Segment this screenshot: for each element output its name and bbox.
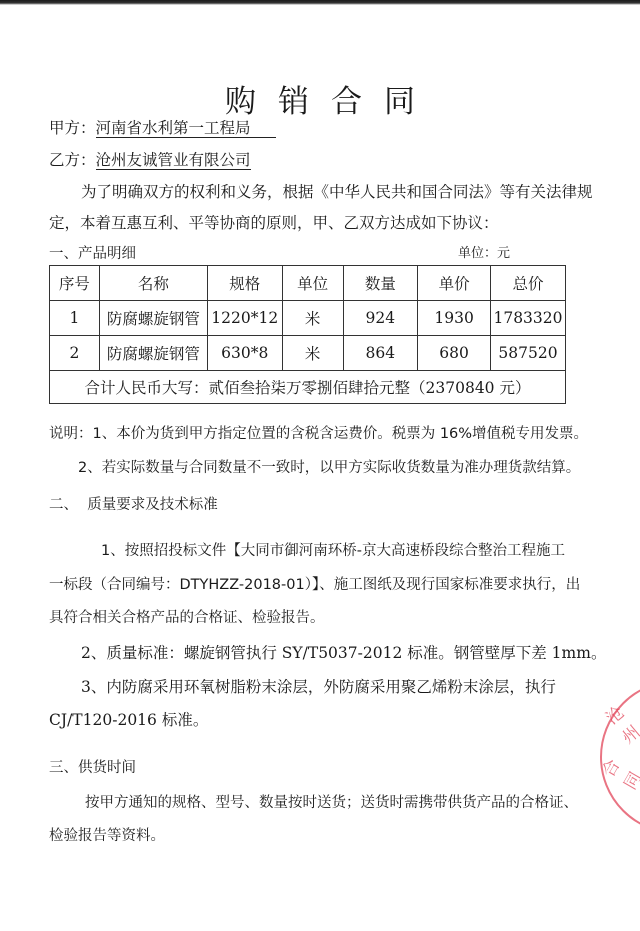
cell-spec: 1220*12 [207,301,282,336]
note-2: 2、若实际数量与合同数量不一致时，以甲方实际收货数量为准办理货款结算。 [78,458,580,478]
cell-unit: 米 [282,301,343,336]
section-2-item-3-line-2: CJ/T120-2016 标准。 [49,710,208,730]
total-amount: 合计人民币大写：贰佰叁拾柒万零捌佰肆拾元整（2370840 元） [50,371,566,404]
cell-quantity: 864 [343,336,418,371]
header-quantity: 数量 [343,266,418,301]
unit-note: 单位：元 [458,244,510,264]
cell-spec: 630*8 [207,336,282,371]
section-2-item-2: 2、质量标准：螺旋钢管执行 SY/T5037-2012 标准。钢管壁厚下差 1m… [81,643,606,663]
intro-line-2: 定，本着互惠互利、平等协商的原则，甲、乙双方达成如下协议： [49,213,499,233]
header-unit: 单位 [282,266,343,301]
party-a: 甲方：河南省水利第一工程局 [49,118,276,138]
cell-index: 2 [50,336,100,371]
product-table: 序号 名称 规格 单位 数量 单价 总价 1 防腐螺旋钢管 1220*12 米 … [49,265,566,404]
section-3-line-2: 检验报告等资料。 [49,826,165,846]
section-3-line-1: 按甲方通知的规格、型号、数量按时送货；送货时需携带供货产品的合格证、 [85,793,578,813]
header-spec: 规格 [207,266,282,301]
document-title: 购销合同 [0,76,640,121]
cell-total-price: 1783320 [490,301,565,336]
cell-total-price: 587520 [490,336,565,371]
table-row: 2 防腐螺旋钢管 630*8 米 864 680 587520 [50,336,566,371]
party-b: 乙方：沧州友诚管业有限公司 [49,150,251,170]
cell-name: 防腐螺旋钢管 [99,301,207,336]
party-a-name: 河南省水利第一工程局 [96,119,276,138]
intro-line-1: 为了明确双方的权利和义务，根据《中华人民共和国合同法》等有关法律规 [81,182,593,202]
cell-name: 防腐螺旋钢管 [99,336,207,371]
table-header-row: 序号 名称 规格 单位 数量 单价 总价 [50,266,566,301]
party-b-label: 乙方： [49,151,96,169]
note-1: 说明：1、本价为货到甲方指定位置的含税含运费价。税票为 16%增值税专用发票。 [49,424,588,444]
scan-edge [0,0,640,5]
section-2-title: 二、 质量要求及技术标准 [49,495,218,515]
section-3-title: 三、供货时间 [49,758,136,778]
party-b-name: 沧州友诚管业有限公司 [96,151,251,170]
section-2-item-1-line-2: 一标段（合同编号：DTYHZZ-2018-01）】、施工图纸及现行国家标准要求执… [49,575,580,595]
cell-unit-price: 1930 [418,301,491,336]
header-index: 序号 [50,266,100,301]
cell-unit-price: 680 [418,336,491,371]
header-total-price: 总价 [490,266,565,301]
party-a-label: 甲方： [49,119,96,137]
table-total-row: 合计人民币大写：贰佰叁拾柒万零捌佰肆拾元整（2370840 元） [50,371,566,404]
section-2-item-1-line-1: 1、按照招投标文件【大同市御河南环桥-京大高速桥段综合整治工程施工 [101,541,565,561]
header-name: 名称 [99,266,207,301]
table-row: 1 防腐螺旋钢管 1220*12 米 924 1930 1783320 [50,301,566,336]
cell-quantity: 924 [343,301,418,336]
section-2-item-3-line-1: 3、内防腐采用环氧树脂粉末涂层，外防腐采用聚乙烯粉末涂层，执行 [81,677,556,697]
section-1-title: 一、产品明细 [49,244,136,264]
header-unit-price: 单价 [418,266,491,301]
cell-index: 1 [50,301,100,336]
section-2-item-1-line-3: 具符合相关合格产品的合格证、检验报告。 [49,608,325,628]
cell-unit: 米 [282,336,343,371]
